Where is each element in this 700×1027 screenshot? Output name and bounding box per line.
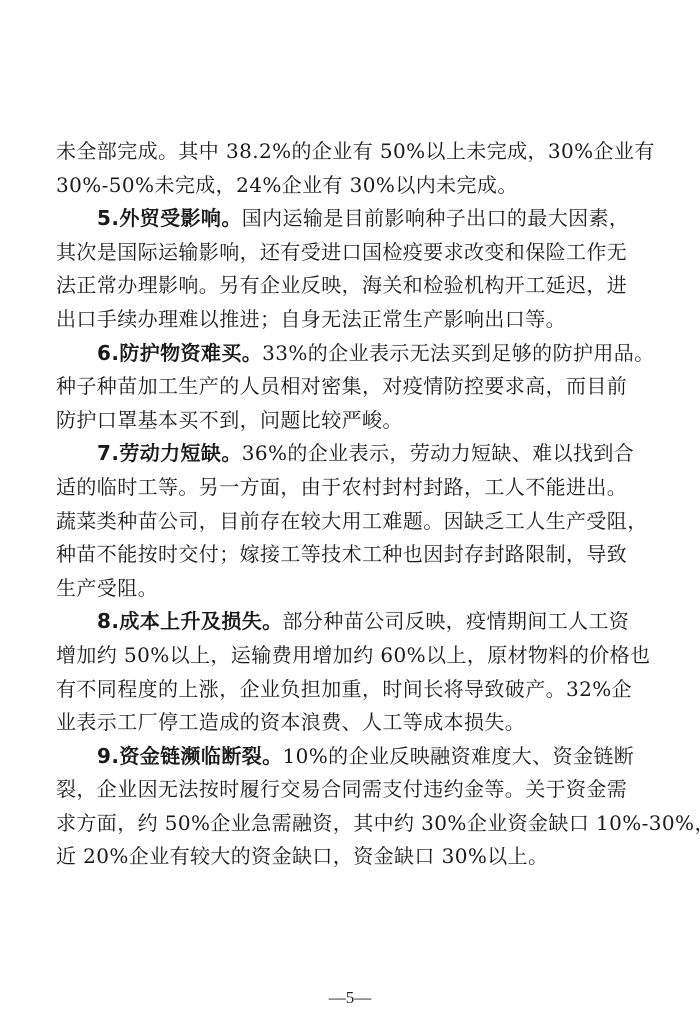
section-capital-chain: 9.资金链濒临断裂。10%的企业反映融资难度大、资金链断 裂，企业因无法按时履行… — [56, 740, 646, 874]
text-line: 裂，企业因无法按时履行交易合同需支付违约金等。关于资金需 — [56, 773, 646, 807]
section-heading: 8.成本上升及损失。 — [97, 609, 283, 633]
section-first-line: 5.外贸受影响。国内运输是目前影响种子出口的最大因素， — [56, 202, 646, 236]
section-text: 国内运输是目前影响种子出口的最大因素， — [242, 206, 630, 230]
section-heading: 6.防护物资难买。 — [97, 341, 262, 365]
section-foreign-trade: 5.外贸受影响。国内运输是目前影响种子出口的最大因素， 其次是国际运输影响，还有… — [56, 202, 646, 336]
text-line: 未全部完成。其中 38.2%的企业有 50%以上未完成，30%企业有 — [56, 135, 646, 169]
text-line: 法正常办理影响。另有企业反映，海关和检验机构开工延迟，进 — [56, 269, 646, 303]
text-line: 增加约 50%以上，运输费用增加约 60%以上，原材物料的价格也 — [56, 639, 646, 673]
section-heading: 5.外贸受影响。 — [97, 206, 242, 230]
text-line: 种子种苗加工生产的人员相对密集，对疫情防控要求高，而目前 — [56, 370, 646, 404]
page-number: —5— — [0, 988, 700, 1008]
text-line: 适的临时工等。另一方面，由于农村封村封路，工人不能进出。 — [56, 471, 646, 505]
section-first-line: 7.劳动力短缺。36%的企业表示，劳动力短缺、难以找到合 — [56, 437, 646, 471]
section-text: 10%的企业反映融资难度大、资金链断 — [283, 744, 635, 768]
section-cost-increase: 8.成本上升及损失。部分种苗公司反映，疫情期间工人工资 增加约 50%以上，运输… — [56, 605, 646, 739]
section-first-line: 6.防护物资难买。33%的企业表示无法买到足够的防护用品。 — [56, 337, 646, 371]
section-first-line: 8.成本上升及损失。部分种苗公司反映，疫情期间工人工资 — [56, 605, 646, 639]
section-text: 部分种苗公司反映，疫情期间工人工资 — [283, 609, 630, 633]
section-text: 33%的企业表示无法买到足够的防护用品。 — [262, 341, 654, 365]
text-line: 种苗不能按时交付；嫁接工等技术工种也因封存封路限制，导致 — [56, 538, 646, 572]
text-line: 有不同程度的上涨，企业负担加重，时间长将导致破产。32%企 — [56, 673, 646, 707]
section-heading: 7.劳动力短缺。 — [97, 441, 242, 465]
section-heading: 9.资金链濒临断裂。 — [97, 744, 283, 768]
text-line: 生产受阻。 — [56, 572, 646, 606]
text-line: 30%-50%未完成，24%企业有 30%以内未完成。 — [56, 169, 646, 203]
section-text: 36%的企业表示，劳动力短缺、难以找到合 — [242, 441, 634, 465]
section-labor-shortage: 7.劳动力短缺。36%的企业表示，劳动力短缺、难以找到合 适的临时工等。另一方面… — [56, 437, 646, 605]
text-line: 业表示工厂停工造成的资本浪费、人工等成本损失。 — [56, 706, 646, 740]
text-line: 出口手续办理难以推进；自身无法正常生产影响出口等。 — [56, 303, 646, 337]
text-line: 近 20%企业有较大的资金缺口，资金缺口 30%以上。 — [56, 840, 646, 874]
text-line: 防护口罩基本买不到，问题比较严峻。 — [56, 404, 646, 438]
text-line: 蔬菜类种苗公司，目前存在较大用工难题。因缺乏工人生产受阻， — [56, 505, 646, 539]
document-page: 未全部完成。其中 38.2%的企业有 50%以上未完成，30%企业有 30%-5… — [56, 135, 646, 874]
section-protective-supplies: 6.防护物资难买。33%的企业表示无法买到足够的防护用品。 种子种苗加工生产的人… — [56, 337, 646, 438]
section-first-line: 9.资金链濒临断裂。10%的企业反映融资难度大、资金链断 — [56, 740, 646, 774]
text-line: 其次是国际运输影响，还有受进口国检疫要求改变和保险工作无 — [56, 236, 646, 270]
text-line: 求方面，约 50%企业急需融资，其中约 30%企业资金缺口 10%-30%， — [56, 807, 646, 841]
